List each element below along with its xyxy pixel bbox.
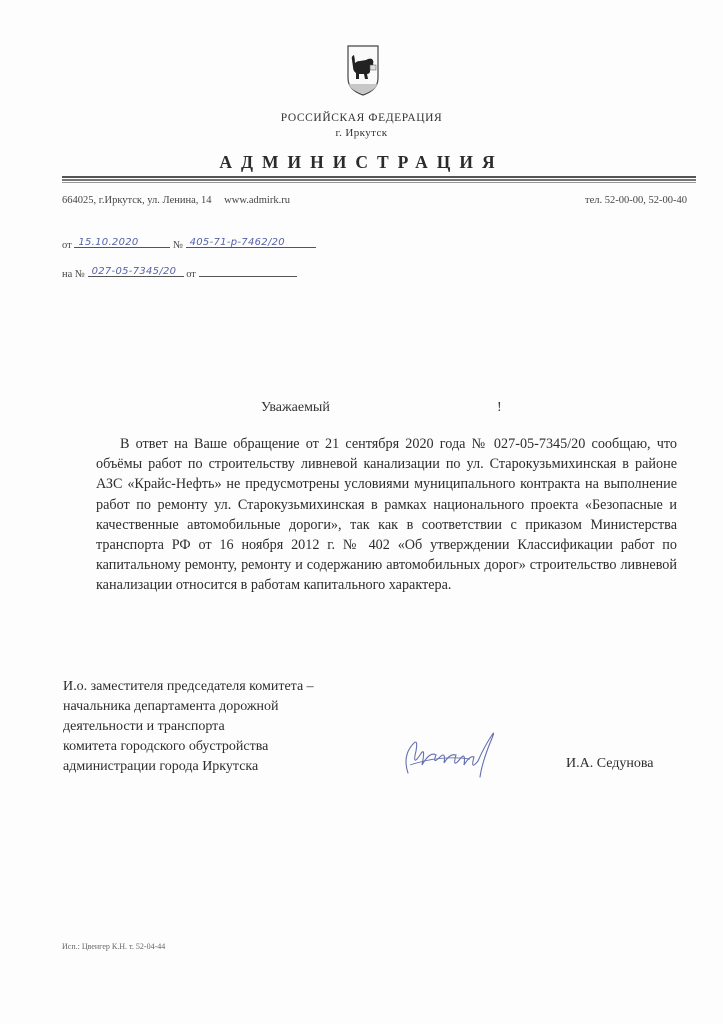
signer-title: И.о. заместителя председателя комитета –…	[63, 677, 314, 777]
signer-title-line: начальника департамента дорожной	[63, 697, 314, 717]
header-divider	[62, 182, 696, 183]
organization-title: АДМИНИСТРАЦИЯ	[0, 152, 723, 173]
letter-page: РОССИЙСКАЯ ФЕДЕРАЦИЯ г. Иркутск АДМИНИСТ…	[0, 0, 723, 1024]
outgoing-reference: от 15.10.2020 № 405-71-р-7462/20	[62, 236, 316, 251]
number-prefix: №	[173, 240, 183, 251]
handwritten-reply-number: 027-05-7345/20	[92, 266, 177, 277]
handwritten-date: 15.10.2020	[78, 237, 138, 248]
signer-title-line: И.о. заместителя председателя комитета –	[63, 677, 314, 697]
reply-prefix: на №	[62, 269, 85, 280]
salutation: Уважаемый	[261, 400, 330, 416]
reply-date-prefix: от	[186, 269, 196, 280]
body-paragraph: В ответ на Ваше обращение от 21 сентября…	[96, 434, 677, 596]
postal-address: 664025, г.Иркутск, ул. Ленина, 14	[62, 195, 212, 206]
coat-of-arms-icon	[346, 44, 380, 96]
number-field: 405-71-р-7462/20	[186, 236, 316, 248]
website-link[interactable]: www.admirk.ru	[224, 195, 290, 206]
signer-title-line: комитета городского обустройства	[63, 737, 314, 757]
letter-body: В ответ на Ваше обращение от 21 сентября…	[96, 434, 677, 596]
country-name: РОССИЙСКАЯ ФЕДЕРАЦИЯ	[0, 112, 723, 124]
signer-name: И.А. Седунова	[566, 756, 654, 772]
address: 664025, г.Иркутск, ул. Ленина, 14 www.ad…	[62, 195, 290, 206]
date-prefix: от	[62, 240, 72, 251]
signer-title-line: администрации города Иркутска	[63, 757, 314, 777]
phone-numbers: тел. 52-00-00, 52-00-40	[585, 195, 687, 206]
incoming-reference: на № 027-05-7345/20 от	[62, 265, 297, 280]
signer-title-line: деятельности и транспорта	[63, 717, 314, 737]
reply-date-field	[199, 265, 297, 277]
header-divider	[62, 179, 696, 181]
reply-number-field: 027-05-7345/20	[88, 265, 184, 277]
handwritten-number: 405-71-р-7462/20	[190, 237, 285, 248]
signature-icon	[400, 725, 520, 780]
date-field: 15.10.2020	[74, 236, 170, 248]
city-name: г. Иркутск	[0, 127, 723, 139]
executor-info: Исп.: Цвенгер К.Н. т. 52-04-44	[62, 942, 165, 951]
header-divider	[62, 176, 696, 178]
salutation-end: !	[497, 400, 502, 416]
